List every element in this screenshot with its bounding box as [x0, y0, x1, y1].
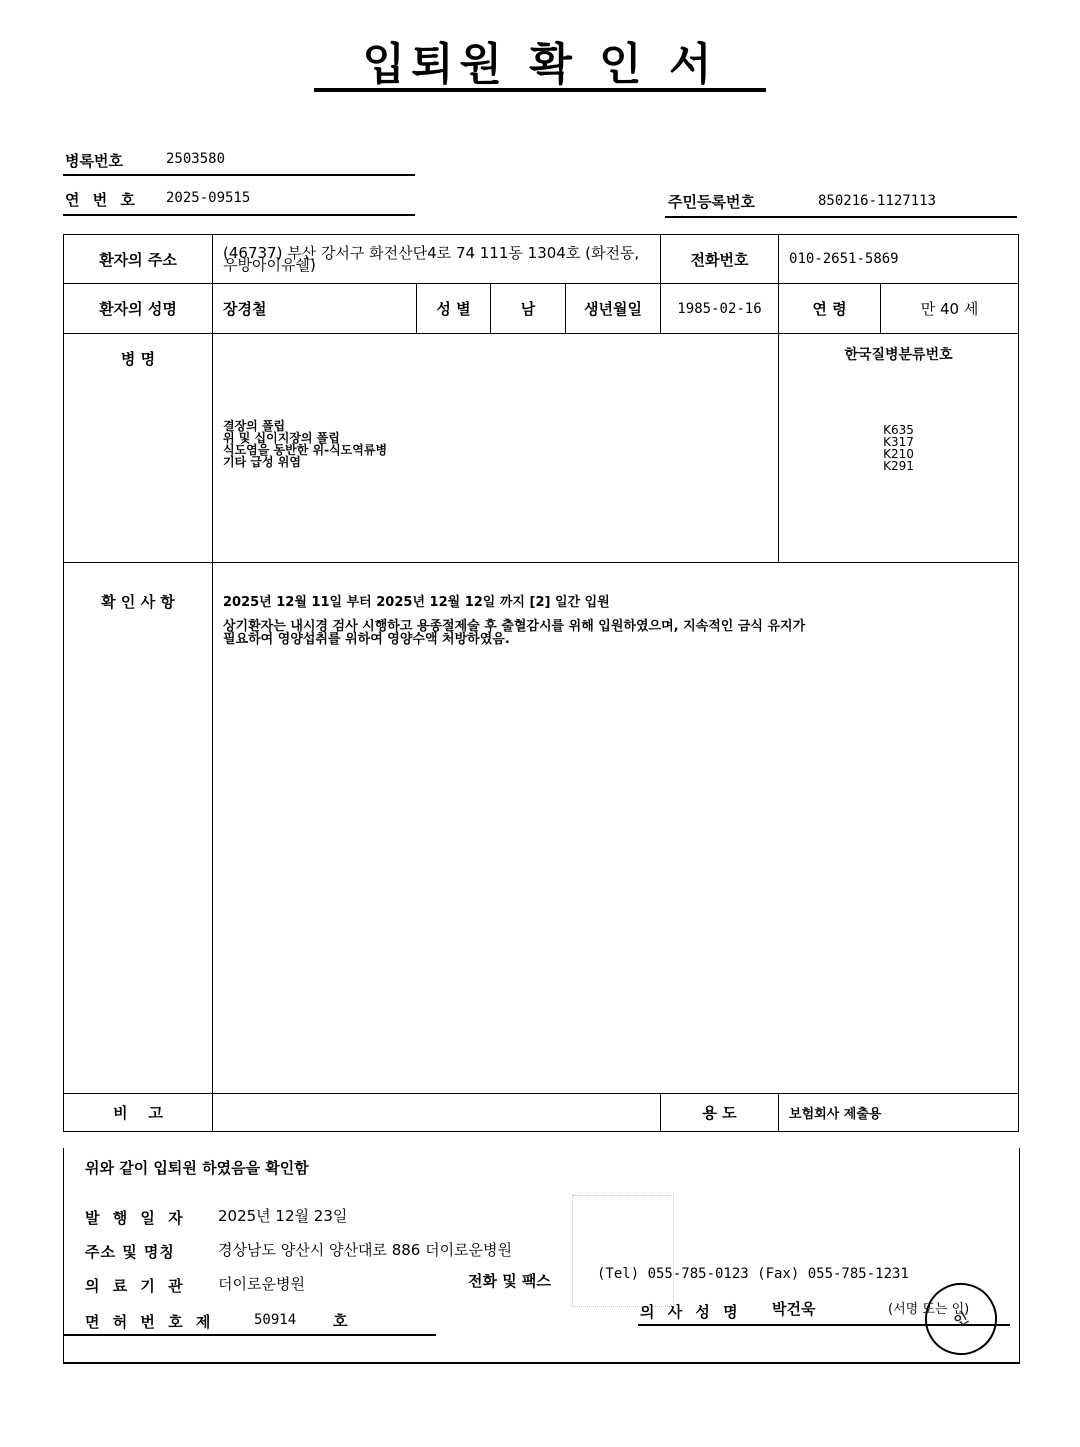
- serial-no-value: 2025-09515: [166, 190, 250, 206]
- name-label: 환자의 성명: [64, 284, 213, 334]
- title-underline: [314, 88, 766, 92]
- issue-date-value: 2025년 12월 23일: [218, 1205, 347, 1226]
- doctor-label: 의 사 성 명: [640, 1301, 742, 1322]
- sex-label: 성 별: [417, 284, 491, 334]
- purpose-value: 보험회사 제출용: [779, 1094, 1019, 1132]
- hospital-stamp: [572, 1195, 674, 1307]
- age-label: 연 령: [779, 284, 881, 334]
- confirmation-note-line-2: 필요하여 영양섭취를 위하여 영양수액 처방하였음.: [223, 633, 1008, 646]
- confirmation-content: 2025년 12월 11일 부터 2025년 12월 12일 까지 [2] 일간…: [213, 563, 1019, 1094]
- header-rule: [63, 174, 415, 176]
- document-title: 입퇴원 확 인 서: [0, 28, 1080, 92]
- phone-value: 010-2651-5869: [779, 235, 1019, 284]
- purpose-label: 용 도: [661, 1094, 779, 1132]
- resident-no-label: 주민등록번호: [668, 191, 755, 212]
- doctor-name: 박건욱: [772, 1298, 815, 1319]
- remarks-label: 비 고: [64, 1094, 213, 1132]
- hospital-address: 경상남도 양산시 양산대로 886 더이로운병원: [218, 1239, 512, 1260]
- age-value: 만 40 세: [881, 284, 1019, 334]
- seal-text: 인: [950, 1307, 972, 1331]
- confirmation-statement: 위와 같이 입퇴원 하였음을 확인함: [85, 1157, 309, 1178]
- address-value: (46737) 부산 강서구 화전산단4로 74 111동 1304호 (화전동…: [213, 235, 661, 284]
- admission-period: 2025년 12월 11일 부터 2025년 12월 12일 까지 [2] 일간…: [223, 591, 1008, 610]
- resident-no-value: 850216-1127113: [818, 193, 936, 209]
- header-rule: [665, 216, 1017, 218]
- disease-code-cell: 한국질병분류번호 K635K317K210K291: [779, 334, 1019, 563]
- diagnosis-item: 기타 급성 위염: [223, 456, 768, 468]
- admission-form-table: 환자의 주소 (46737) 부산 강서구 화전산단4로 74 111동 130…: [63, 234, 1019, 1132]
- record-no-label: 병록번호: [65, 150, 123, 171]
- header-rule: [63, 214, 415, 216]
- name-value: 장경철: [213, 284, 417, 334]
- issue-date-label: 발 행 일 자: [85, 1207, 187, 1228]
- disease-code: K291: [789, 460, 1008, 472]
- remarks-value: [213, 1094, 661, 1132]
- institution-value: 더이로운병원: [218, 1273, 305, 1294]
- record-no-value: 2503580: [166, 151, 225, 167]
- license-number: 50914: [254, 1312, 296, 1328]
- contact-label: 전화 및 팩스: [468, 1270, 551, 1291]
- institution-label: 의 료 기 관: [85, 1275, 187, 1296]
- confirmation-label: 확 인 사 항: [64, 563, 213, 1094]
- disease-code-header: 한국질병분류번호: [789, 344, 1008, 364]
- diagnosis-item: 식도염을 동반한 위-식도역류병: [223, 444, 768, 456]
- diagnosis-list: 결장의 폴립위 및 십이지장의 폴립식도염을 동반한 위-식도역류병기타 급성 …: [213, 334, 779, 563]
- phone-label: 전화번호: [661, 235, 779, 284]
- dob-label: 생년월일: [566, 284, 661, 334]
- address-name-label: 주소 및 명칭: [85, 1241, 175, 1262]
- sex-value: 남: [491, 284, 566, 334]
- diagnosis-label: 병 명: [64, 334, 213, 563]
- address-label: 환자의 주소: [64, 235, 213, 284]
- license-rule: [63, 1334, 436, 1336]
- serial-no-label: 연 번 호: [65, 189, 139, 210]
- contact-value: (Tel) 055-785-0123 (Fax) 055-785-1231: [597, 1266, 909, 1282]
- license-suffix: 호: [333, 1310, 348, 1331]
- license-label: 면 허 번 호 제: [85, 1311, 214, 1332]
- dob-value: 1985-02-16: [661, 284, 779, 334]
